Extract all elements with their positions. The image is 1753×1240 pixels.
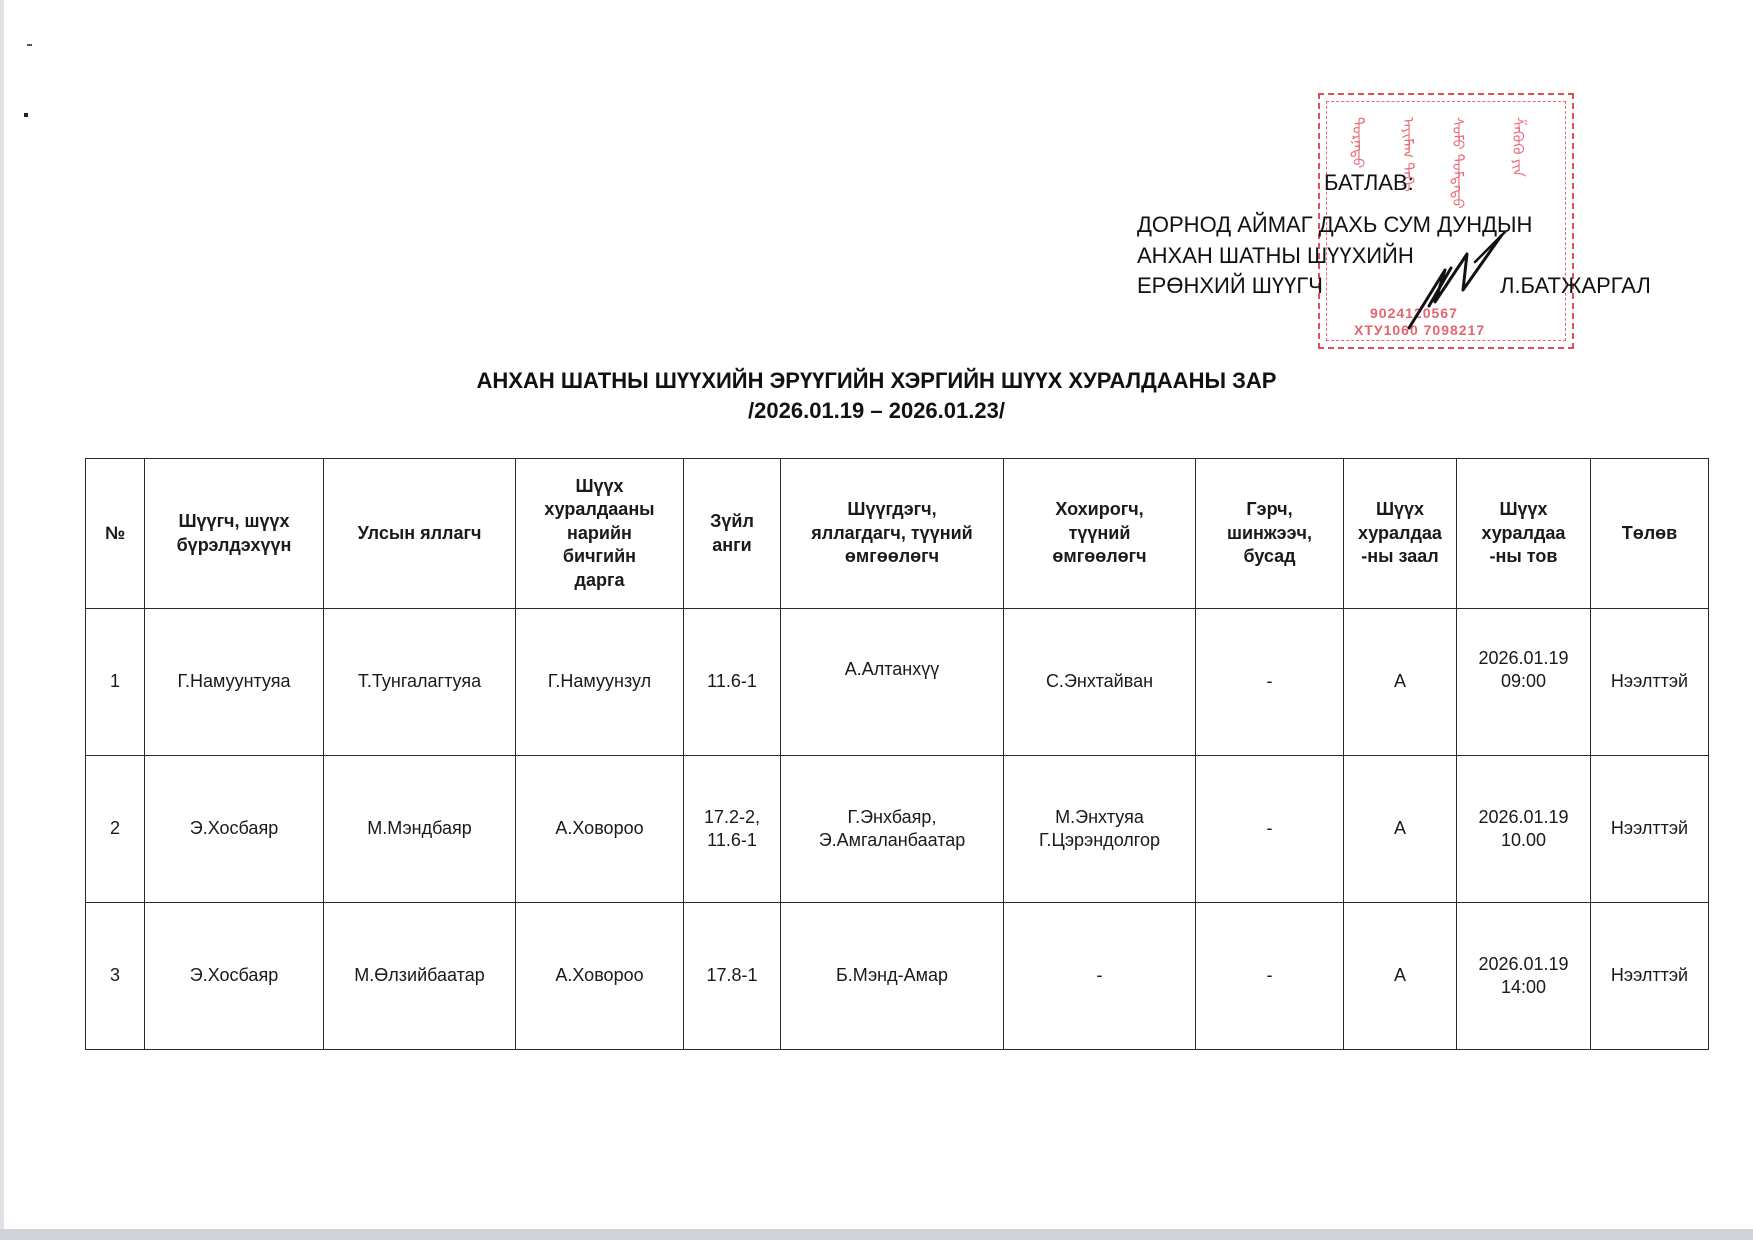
header-col-room: Шүүххуралдаа-ны заал [1344, 459, 1457, 609]
header-text: дарга [520, 569, 679, 592]
prosecutor-text: Т.Тунгалагтуяа [358, 671, 481, 691]
header-col-prosecutor: Улсын яллагч [324, 459, 516, 609]
header-col-schedule: Шүүххуралдаа-ны тов [1457, 459, 1591, 609]
header-text: Шүүх [1348, 498, 1452, 521]
header-text: яллагдагч, түүний [785, 522, 999, 545]
no-text: 1 [110, 671, 120, 691]
status-text: Нээлттэй [1611, 818, 1688, 838]
defendant-text: Г.Энхбаяр, [785, 806, 999, 829]
header-text: Шүүх [520, 475, 679, 498]
status-text: Нээлттэй [1611, 671, 1688, 691]
room-text: А [1394, 671, 1406, 691]
cell-defendant: Г.Энхбаяр,Э.Амгаланбаатар [781, 756, 1004, 903]
header-col-status: Төлөв [1591, 459, 1709, 609]
judge-text: Э.Хосбаяр [190, 965, 278, 985]
header-text: анги [688, 534, 776, 557]
schedule-text: 09:00 [1461, 670, 1586, 693]
victim-text: - [1008, 964, 1191, 987]
cell-victim: М.ЭнхтуяаГ.Цэрэндолгор [1004, 756, 1196, 903]
header-text: хуралдаа [1348, 522, 1452, 545]
header-text: -ны заал [1348, 545, 1452, 568]
table-row: 3Э.ХосбаярМ.ӨлзийбаатарА.Ховороо17.8-1Б.… [86, 903, 1709, 1050]
cell-clerk: Г.Намуунзул [516, 609, 684, 756]
cell-clerk: А.Ховороо [516, 903, 684, 1050]
cell-defendant: Б.Мэнд-Амар [781, 903, 1004, 1050]
witness-text: - [1267, 965, 1273, 985]
header-text: Шүүгдэгч, [785, 498, 999, 521]
witness-text: - [1267, 818, 1273, 838]
header-col-number: № [86, 459, 145, 609]
cell-prosecutor: М.Өлзийбаатар [324, 903, 516, 1050]
cell-witness: - [1196, 903, 1344, 1050]
defendant-text: Э.Амгаланбаатар [785, 829, 999, 852]
header-text: хуралдаа [1461, 522, 1586, 545]
table-header-row: №Шүүгч, шүүхбүрэлдэхүүнУлсын яллагчШүүхх… [86, 459, 1709, 609]
scan-speck [27, 44, 32, 46]
cell-prosecutor: М.Мэндбаяр [324, 756, 516, 903]
cell-victim: С.Энхтайван [1004, 609, 1196, 756]
cell-schedule: 2026.01.1914:00 [1457, 903, 1591, 1050]
header-text: Зүйл [688, 510, 776, 533]
prosecutor-text: М.Өлзийбаатар [354, 965, 484, 985]
scan-border-left [0, 0, 4, 1240]
header-text: бичгийн [520, 545, 679, 568]
article-text: 17.2-2, [688, 806, 776, 829]
header-text: Улсын яллагч [328, 522, 511, 545]
cell-judge: Э.Хосбаяр [145, 756, 324, 903]
header-text: Хохирогч, [1008, 498, 1191, 521]
approval-judge-title: ЕРӨНХИЙ ШҮҮГЧ [1137, 275, 1323, 297]
article-text: 11.6-1 [688, 670, 776, 693]
header-col-victim: Хохирогч,түүнийөмгөөлөгч [1004, 459, 1196, 609]
signature-icon [1405, 232, 1515, 332]
header-text: бусад [1200, 545, 1339, 568]
defendant-text: А.Алтанхүү [785, 658, 999, 681]
table-row: 1Г.НамуунтуяаТ.ТунгалагтуяаГ.Намуунзул11… [86, 609, 1709, 756]
cell-article: 17.2-2,11.6-1 [684, 756, 781, 903]
scan-speck [24, 113, 28, 117]
cell-no: 3 [86, 903, 145, 1050]
cell-schedule: 2026.01.1910.00 [1457, 756, 1591, 903]
clerk-text: Г.Намуунзул [548, 671, 651, 691]
header-text: хуралдааны [520, 498, 679, 521]
cell-status: Нээлттэй [1591, 903, 1709, 1050]
room-text: А [1394, 818, 1406, 838]
judge-text: Э.Хосбаяр [190, 818, 278, 838]
header-text: өмгөөлөгч [785, 545, 999, 568]
header-col-article: Зүйланги [684, 459, 781, 609]
scan-border-bottom [0, 1229, 1753, 1240]
cell-victim: - [1004, 903, 1196, 1050]
header-text: бүрэлдэхүүн [149, 534, 319, 557]
judge-text: Г.Намуунтуяа [177, 671, 290, 691]
header-text: түүний [1008, 522, 1191, 545]
victim-text: М.Энхтуяа [1008, 806, 1191, 829]
clerk-text: А.Ховороо [555, 818, 643, 838]
cell-no: 2 [86, 756, 145, 903]
cell-room: А [1344, 903, 1457, 1050]
schedule-text: 2026.01.19 [1461, 806, 1586, 829]
header-text: № [90, 522, 140, 545]
cell-no: 1 [86, 609, 145, 756]
cell-judge: Э.Хосбаяр [145, 903, 324, 1050]
schedule-text: 10.00 [1461, 829, 1586, 852]
cell-witness: - [1196, 609, 1344, 756]
clerk-text: А.Ховороо [555, 965, 643, 985]
witness-text: - [1267, 671, 1273, 691]
document-period: /2026.01.19 – 2026.01.23/ [0, 398, 1753, 424]
header-col-clerk: Шүүххуралдаанынарийнбичгийндарга [516, 459, 684, 609]
schedule-text: 2026.01.19 [1461, 647, 1586, 670]
status-text: Нээлттэй [1611, 965, 1688, 985]
header-text: нарийн [520, 522, 679, 545]
table-row: 2Э.ХосбаярМ.МэндбаярА.Ховороо17.2-2,11.6… [86, 756, 1709, 903]
header-text: -ны тов [1461, 545, 1586, 568]
approval-line-court-level: АНХАН ШАТНЫ ШҮҮХИЙН [1137, 245, 1414, 267]
header-col-witness: Гэрч,шинжээч,бусад [1196, 459, 1344, 609]
header-col-judge: Шүүгч, шүүхбүрэлдэхүүн [145, 459, 324, 609]
defendant-text: Б.Мэнд-Амар [785, 964, 999, 987]
cell-status: Нээлттэй [1591, 609, 1709, 756]
cell-article: 17.8-1 [684, 903, 781, 1050]
schedule-text: 14:00 [1461, 976, 1586, 999]
cell-room: А [1344, 609, 1457, 756]
cell-witness: - [1196, 756, 1344, 903]
room-text: А [1394, 965, 1406, 985]
no-text: 3 [110, 965, 120, 985]
header-text: Шүүгч, шүүх [149, 510, 319, 533]
cell-schedule: 2026.01.1909:00 [1457, 609, 1591, 756]
cell-prosecutor: Т.Тунгалагтуяа [324, 609, 516, 756]
victim-text: С.Энхтайван [1008, 670, 1191, 693]
prosecutor-text: М.Мэндбаяр [367, 818, 471, 838]
victim-text: Г.Цэрэндолгор [1008, 829, 1191, 852]
approval-label: БАТЛАВ: [1324, 172, 1414, 194]
approval-judge-name: Л.БАТЖАРГАЛ [1500, 275, 1651, 297]
document-title: АНХАН ШАТНЫ ШҮҮХИЙН ЭРҮҮГИЙН ХЭРГИЙН ШҮҮ… [0, 368, 1753, 394]
header-col-defendant: Шүүгдэгч,яллагдагч, түүнийөмгөөлөгч [781, 459, 1004, 609]
header-text: шинжээч, [1200, 522, 1339, 545]
header-text: Шүүх [1461, 498, 1586, 521]
header-text: Төлөв [1595, 522, 1704, 545]
no-text: 2 [110, 818, 120, 838]
header-text: Гэрч, [1200, 498, 1339, 521]
article-text: 11.6-1 [688, 829, 776, 852]
cell-room: А [1344, 756, 1457, 903]
cell-article: 11.6-1 [684, 609, 781, 756]
cell-status: Нээлттэй [1591, 756, 1709, 903]
hearings-table: №Шүүгч, шүүхбүрэлдэхүүнУлсын яллагчШүүхх… [85, 458, 1709, 1050]
article-text: 17.8-1 [688, 964, 776, 987]
cell-defendant: А.Алтанхүү [781, 609, 1004, 756]
cell-clerk: А.Ховороо [516, 756, 684, 903]
cell-judge: Г.Намуунтуяа [145, 609, 324, 756]
header-text: өмгөөлөгч [1008, 545, 1191, 568]
schedule-text: 2026.01.19 [1461, 953, 1586, 976]
